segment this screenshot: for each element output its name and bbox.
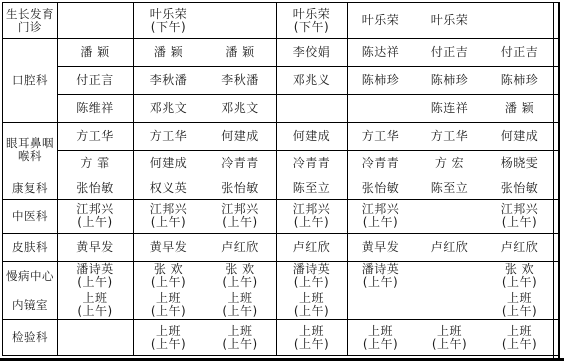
schedule-cell: 潘诗英 (上午) (57, 261, 133, 291)
schedule-cell: 卢红欣 (485, 233, 554, 261)
department-label-3: 康复科 (3, 177, 57, 199)
schedule-cell: 叶乐荣 (下午) (276, 3, 347, 38)
schedule-cell: 冷青青 (204, 150, 276, 177)
schedule-cell: 付正吉 (414, 38, 485, 66)
schedule-cell: 邓兆文 (204, 94, 276, 122)
schedule-cell: 卢红欣 (414, 233, 485, 261)
schedule-cell: 何建成 (204, 122, 276, 150)
schedule-cell: 潘 颖 (485, 94, 554, 122)
schedule-cell: 方 宏 (414, 150, 485, 177)
department-label-6: 慢病中心 (3, 261, 57, 291)
schedule-cell: 方工华 (414, 122, 485, 150)
schedule-cell: 上班 (上午) (133, 319, 204, 356)
schedule-cell: 邓兆义 (276, 66, 347, 94)
schedule-cell: 李秋潘 (133, 66, 204, 94)
schedule-cell: 卢红欣 (276, 233, 347, 261)
schedule-cell: 江邦兴 (上午) (133, 199, 204, 233)
department-label-5: 皮肤科 (3, 233, 57, 261)
schedule-cell: 张 欢 (上午) (485, 261, 554, 291)
schedule-cell: 陈柿珍 (347, 66, 414, 94)
schedule-cell: 江邦兴 (上午) (57, 199, 133, 233)
schedule-cell: 张怡敏 (485, 177, 554, 199)
schedule-cell: 上班 (上午) (276, 291, 347, 319)
schedule-cell: 黄早发 (57, 233, 133, 261)
schedule-cell: 上班 (上午) (276, 319, 347, 356)
department-label-1: 口腔科 (3, 38, 57, 122)
schedule-cell: 叶乐荣 (347, 3, 414, 38)
schedule-cell: 陈维祥 (57, 94, 133, 122)
department-label-2: 眼耳鼻咽 喉科 (3, 122, 57, 177)
schedule-cell: 上班 (上午) (485, 319, 554, 356)
schedule-cell: 李秋潘 (204, 66, 276, 94)
schedule-cell: 陈至立 (414, 177, 485, 199)
table-grid-line (0, 358, 564, 361)
schedule-cell: 上班 (上午) (133, 291, 204, 319)
schedule-cell: 方 霏 (57, 150, 133, 177)
schedule-cell: 冷青青 (276, 150, 347, 177)
schedule-cell: 陈至立 (276, 177, 347, 199)
department-label-4: 中医科 (3, 199, 57, 233)
department-label-0: 生长发育 门诊 (3, 3, 57, 38)
schedule-cell: 方工华 (57, 122, 133, 150)
schedule-cell: 潘诗英 (上午) (276, 261, 347, 291)
schedule-cell: 张怡敏 (347, 177, 414, 199)
schedule-cell: 张怡敏 (204, 177, 276, 199)
schedule-cell: 上班 (上午) (204, 291, 276, 319)
table-grid-line (558, 2, 560, 361)
schedule-cell: 潘 颖 (57, 38, 133, 66)
department-label-8: 检验科 (3, 319, 57, 356)
schedule-table: 生长发育 门诊口腔科眼耳鼻咽 喉科康复科中医科皮肤科慢病中心内镜室检验科叶乐荣 … (0, 0, 564, 362)
schedule-cell: 张 欢 (上午) (133, 261, 204, 291)
schedule-cell: 张 欢 (上午) (204, 261, 276, 291)
department-label-7: 内镜室 (3, 291, 57, 319)
schedule-cell: 潘 颖 (133, 38, 204, 66)
schedule-cell: 陈柿珍 (485, 66, 554, 94)
schedule-cell: 江邦兴 (上午) (276, 199, 347, 233)
schedule-cell: 潘诗英 (上午) (347, 261, 414, 291)
schedule-cell: 上班 (上午) (204, 319, 276, 356)
schedule-cell: 上班 (上午) (57, 291, 133, 319)
schedule-cell: 张怡敏 (57, 177, 133, 199)
schedule-cell: 权义英 (133, 177, 204, 199)
schedule-cell: 李佼娟 (276, 38, 347, 66)
schedule-cell: 黄早发 (347, 233, 414, 261)
schedule-cell: 上班 (上午) (414, 319, 485, 356)
schedule-cell: 何建成 (276, 122, 347, 150)
schedule-cell: 叶乐荣 (414, 3, 485, 38)
schedule-cell: 黄早发 (133, 233, 204, 261)
schedule-cell: 叶乐荣 (下午) (133, 3, 204, 38)
schedule-cell: 陈达祥 (347, 38, 414, 66)
schedule-cell: 陈柿珍 (414, 66, 485, 94)
schedule-cell: 潘 颖 (204, 38, 276, 66)
schedule-cell: 上班 (上午) (485, 291, 554, 319)
schedule-cell: 上班 (上午) (347, 319, 414, 356)
schedule-cell: 付正言 (57, 66, 133, 94)
schedule-cell: 付正吉 (485, 38, 554, 66)
schedule-cell: 冷青青 (347, 150, 414, 177)
schedule-cell: 何建成 (133, 150, 204, 177)
schedule-cell: 方工华 (133, 122, 204, 150)
schedule-cell: 方工华 (347, 122, 414, 150)
schedule-cell: 江邦兴 (上午) (485, 199, 554, 233)
schedule-cell: 陈连祥 (414, 94, 485, 122)
schedule-cell: 江邦兴 (上午) (204, 199, 276, 233)
schedule-cell: 杨晓雯 (485, 150, 554, 177)
schedule-cell: 江邦兴 (上午) (347, 199, 414, 233)
schedule-cell: 邓兆文 (133, 94, 204, 122)
schedule-cell: 卢红欣 (204, 233, 276, 261)
schedule-cell: 何建成 (485, 122, 554, 150)
